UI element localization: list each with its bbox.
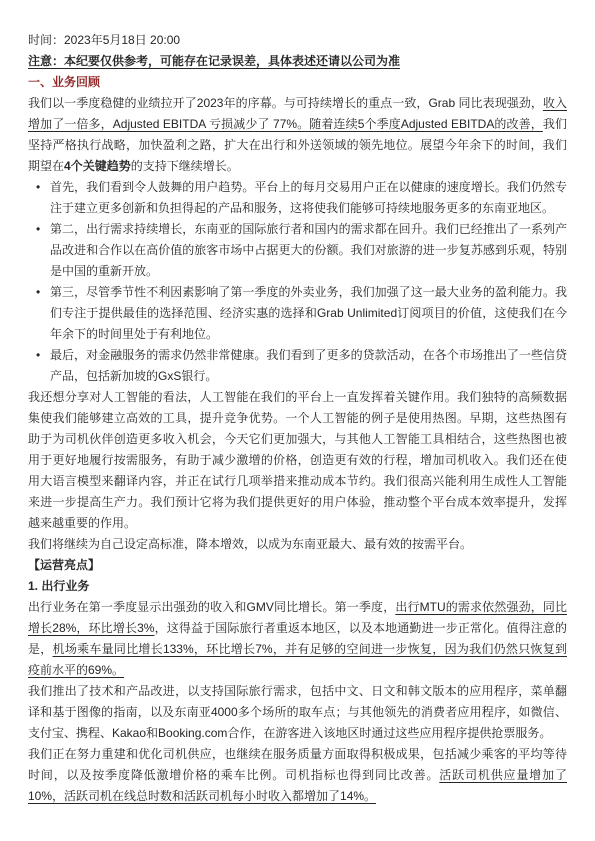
para-ai: 我还想分享对人工智能的看法，人工智能在我们的平台上一直发挥着关键作用。我们独特的…	[28, 387, 567, 534]
para-mobility-growth-run-0: 出行业务在第一季度显示出强劲的收入和GMV同比增长。第一季度，	[28, 600, 395, 614]
para-closing: 我们将继续为自己设定高标准，降本增效，以成为东南亚最大、最有效的按需平台。	[28, 534, 567, 555]
para-opening-run-0: 我们以一季度稳健的业绩拉开了2023年的序幕。与可持续增长的重点一致，Grab …	[28, 96, 543, 110]
document-body: 时间：2023年5月18日 20:00注意：本纪要仅供参考，可能存在记录误差，具…	[28, 30, 567, 807]
bullet-icon: •	[36, 219, 40, 240]
notice-line: 注意：本纪要仅供参考，可能存在记录误差，具体表述还请以公司为准	[28, 51, 567, 72]
bullet-user-trends: •首先，我们看到令人鼓舞的用户趋势。平台上的每月交易用户正在以健康的速度增长。我…	[28, 177, 567, 219]
document-page: 时间：2023年5月18日 20:00注意：本纪要仅供参考，可能存在记录误差，具…	[0, 0, 595, 841]
para-ai-run-0: 我还想分享对人工智能的看法，人工智能在我们的平台上一直发挥着关键作用。我们独特的…	[28, 390, 567, 530]
heading-operational-highlights-run-0: 【运营亮点】	[28, 558, 100, 572]
para-driver-supply: 我们正在努力重建和优化司机供应，也继续在服务质量方面取得积极成果，包括减少乘客的…	[28, 744, 567, 807]
para-opening-run-4: 的支持下继续增长。	[131, 159, 239, 173]
bullet-deliveries-run-0: 第三，尽管季节性不利因素影响了第一季度的外卖业务，我们加强了这一最大业务的盈利能…	[50, 285, 567, 341]
section-heading-business-review-run-0: 一、业务回顾	[28, 75, 100, 89]
bullet-mobility-demand-run-0: 第二，出行需求持续增长，东南亚的国际旅行者和国内的需求都在回升。我们已经推出了一…	[50, 222, 567, 278]
para-product-improvements-run-0: 我们推出了技术和产品改进，以支持国际旅行需求，包括中文、日文和韩文版本的应用程序…	[28, 684, 567, 740]
bullet-deliveries: •第三，尽管季节性不利因素影响了第一季度的外卖业务，我们加强了这一最大业务的盈利…	[28, 282, 567, 345]
para-mobility-growth-run-3: 机场乘车量同比增长133%，环比增长7%，并有足够的空间进一步恢复，因为我们仍然…	[28, 642, 567, 677]
notice-line-run-0: 注意：本纪要仅供参考，可能存在记录误差，具体表述还请以公司为准	[28, 54, 400, 68]
heading-operational-highlights: 【运营亮点】	[28, 555, 567, 576]
heading-mobility-business-run-0: 1. 出行业务	[28, 579, 89, 593]
para-product-improvements: 我们推出了技术和产品改进，以支持国际旅行需求，包括中文、日文和韩文版本的应用程序…	[28, 681, 567, 744]
bullet-financial-services-run-0: 最后，对金融服务的需求仍然非常健康。我们看到了更多的贷款活动，在各个市场推出了一…	[50, 348, 567, 383]
time-line: 时间：2023年5月18日 20:00	[28, 30, 567, 51]
bullet-user-trends-run-0: 首先，我们看到令人鼓舞的用户趋势。平台上的每月交易用户正在以健康的速度增长。我们…	[50, 180, 567, 215]
para-closing-run-0: 我们将继续为自己设定高标准，降本增效，以成为东南亚最大、最有效的按需平台。	[28, 537, 472, 551]
heading-mobility-business: 1. 出行业务	[28, 576, 567, 597]
bullet-mobility-demand: •第二，出行需求持续增长，东南亚的国际旅行者和国内的需求都在回升。我们已经推出了…	[28, 219, 567, 282]
bullet-financial-services: •最后，对金融服务的需求仍然非常健康。我们看到了更多的贷款活动，在各个市场推出了…	[28, 345, 567, 387]
bullet-icon: •	[36, 345, 40, 366]
para-opening: 我们以一季度稳健的业绩拉开了2023年的序幕。与可持续增长的重点一致，Grab …	[28, 93, 567, 177]
time-line-run-0: 时间：2023年5月18日 20:00	[28, 33, 180, 47]
para-mobility-growth: 出行业务在第一季度显示出强劲的收入和GMV同比增长。第一季度，出行MTU的需求依…	[28, 597, 567, 681]
bullet-icon: •	[36, 282, 40, 303]
para-opening-run-3: 4个关键趋势	[64, 159, 131, 173]
bullet-icon: •	[36, 177, 40, 198]
section-heading-business-review: 一、业务回顾	[28, 72, 567, 93]
